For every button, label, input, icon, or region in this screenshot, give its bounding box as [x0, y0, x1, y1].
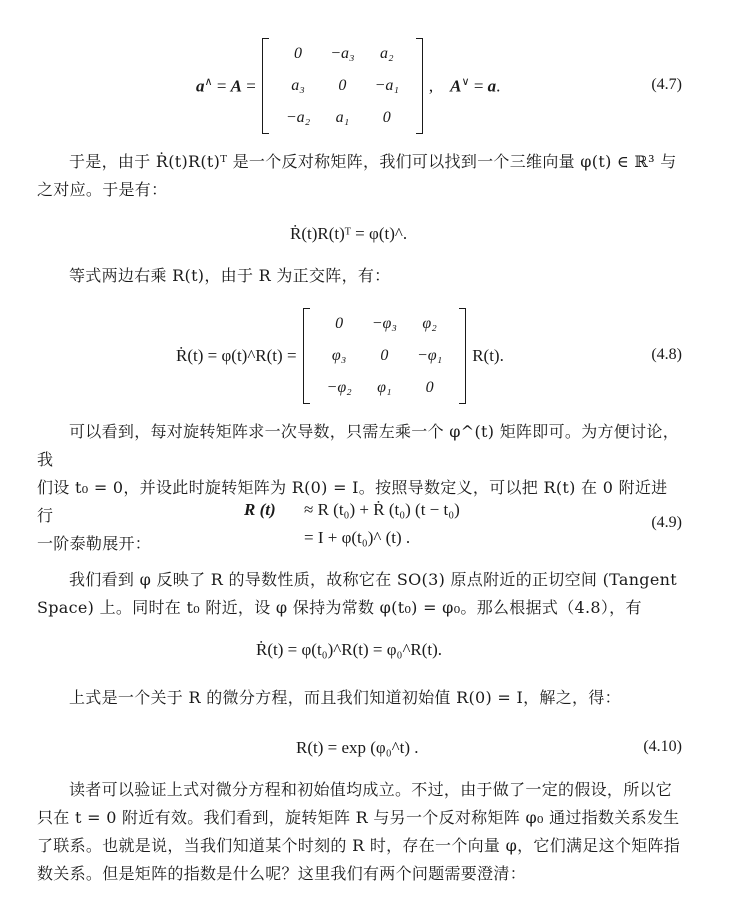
- text-line: 数关系。但是矩阵的指数是什么呢？这里我们有两个问题需要澄清：: [37, 864, 526, 883]
- document-page: a∧ = A = 0−a₃a₂ a₃0−a₁ −a₂a₁0 , A∨ = a. …: [0, 0, 738, 904]
- paragraph-2: 等式两边右乘 R(t)，由于 R 为正交阵，有：: [37, 262, 683, 290]
- equation-lhs: R (t): [244, 496, 304, 524]
- skew-matrix-phi: 0−φ₃φ₂ φ₃0−φ₁ −φ₂φ₁0: [303, 308, 467, 404]
- text-line: 于是，由于 Ṙ(t)R(t)ᵀ 是一个反对称矩阵，我们可以找到一个三维向量 φ(…: [69, 152, 677, 171]
- equation-4-7: a∧ = A = 0−a₃a₂ a₃0−a₁ −a₂a₁0 , A∨ = a. …: [0, 36, 738, 136]
- equation-display-2: Ṙ(t) = φ(t₀)^R(t) = φ₀^R(t).: [0, 640, 738, 668]
- equation-rhs: R(t).: [472, 346, 504, 366]
- equation-number: (4.10): [643, 738, 682, 756]
- equation-display-1: Ṙ(t)R(t)ᵀ = φ(t)^.: [0, 224, 738, 252]
- text-line: 只在 t = 0 附近有效。我们看到，旋转矩阵 R 与另一个反对称矩阵 φ₀ 通…: [37, 808, 679, 827]
- equation-text: R(t) = exp (φ₀^t) .: [296, 738, 419, 758]
- text-line: 读者可以验证上式对微分方程和初始值均成立。不过，由于做了一定的假设，所以它: [69, 780, 672, 799]
- text-line: 等式两边右乘 R(t)，由于 R 为正交阵，有：: [69, 266, 390, 285]
- text-line: 我们看到 φ 反映了 R 的导数性质，故称它在 SO(3) 原点附近的正切空间 …: [69, 570, 677, 589]
- paragraph-1: 于是，由于 Ṙ(t)R(t)ᵀ 是一个反对称矩阵，我们可以找到一个三维向量 φ(…: [37, 148, 683, 204]
- equation-row: ≈ R (t₀) + Ṙ (t₀) (t − t₀): [304, 500, 460, 519]
- equation-number: (4.9): [651, 514, 682, 532]
- text-line: 上式是一个关于 R 的微分方程，而且我们知道初始值 R(0) = I，解之，得：: [69, 688, 621, 707]
- equation-text: Ṙ(t)R(t)ᵀ = φ(t)^.: [290, 224, 407, 244]
- equation-row: = I + φ(t₀)^ (t) .: [304, 528, 410, 547]
- text-line: 之对应。于是有：: [37, 180, 167, 199]
- equation-number: (4.8): [651, 346, 682, 364]
- text-line: Space) 上。同时在 t₀ 附近，设 φ 保持为常数 φ(t₀) = φ₀。…: [37, 598, 642, 617]
- equation-4-10: R(t) = exp (φ₀^t) . (4.10): [0, 738, 738, 766]
- paragraph-4: 我们看到 φ 反映了 R 的导数性质，故称它在 SO(3) 原点附近的正切空间 …: [37, 566, 683, 622]
- paragraph-6: 读者可以验证上式对微分方程和初始值均成立。不过，由于做了一定的假设，所以它 只在…: [37, 776, 683, 888]
- equation-4-8: Ṙ(t) = φ(t)^R(t) = 0−φ₃φ₂ φ₃0−φ₁ −φ₂φ₁0 …: [0, 306, 738, 406]
- text-line: 了联系。也就是说，当我们知道某个时刻的 R 时，存在一个向量 φ，它们满足这个矩…: [37, 836, 680, 855]
- text-line: 可以看到，每对旋转矩阵求一次导数，只需左乘一个 φ^(t) 矩阵即可。为方便讨论…: [37, 422, 679, 469]
- equation-text: Ṙ(t) = φ(t₀)^R(t) = φ₀^R(t).: [256, 640, 442, 660]
- equation-rhs: , A∨ = a.: [429, 75, 501, 97]
- equation-lhs: Ṙ(t) = φ(t)^R(t) =: [176, 346, 297, 366]
- equation-number: (4.7): [651, 76, 682, 94]
- equation-lhs: a∧ = A =: [196, 75, 256, 97]
- equation-4-9: R (t)≈ R (t₀) + Ṙ (t₀) (t − t₀) = I + φ(…: [0, 496, 738, 556]
- paragraph-5: 上式是一个关于 R 的微分方程，而且我们知道初始值 R(0) = I，解之，得：: [37, 684, 683, 712]
- skew-matrix-a: 0−a₃a₂ a₃0−a₁ −a₂a₁0: [262, 38, 423, 134]
